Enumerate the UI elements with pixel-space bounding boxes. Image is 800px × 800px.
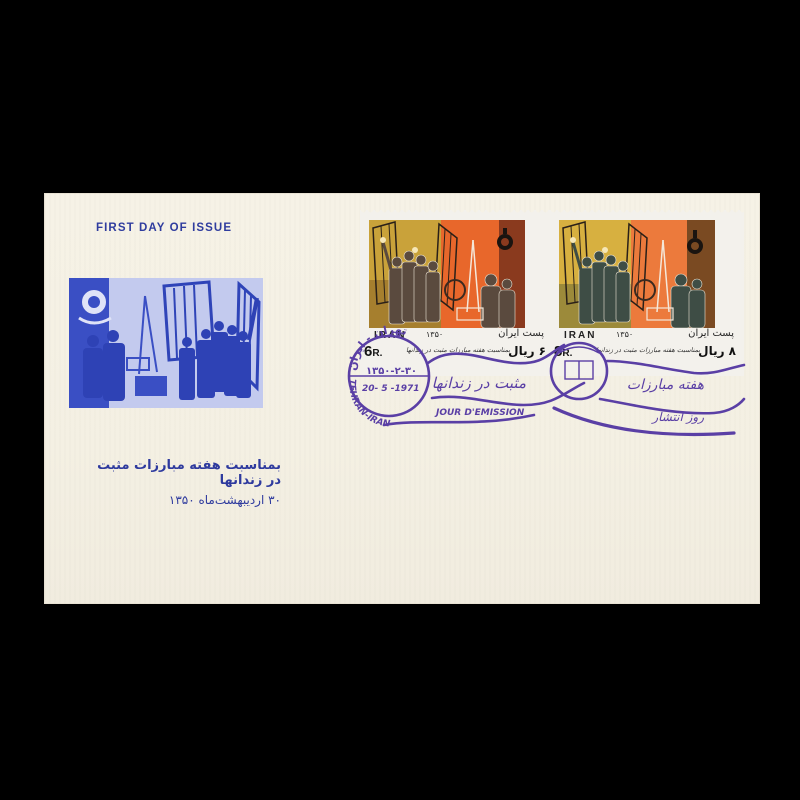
stamp-artwork [369,220,525,328]
prison-gate-illustration [69,278,263,408]
stamp-value-unit: R. [562,348,572,359]
stamp-country: IRAN [374,330,406,341]
stamp-year: ۱۳۵۰ [616,330,633,339]
stamp-artwork [559,220,715,328]
postmark-city: TEHRAN-IRAN [346,379,391,430]
stamp-year: ۱۳۵۰ [426,330,443,339]
stamp-prisoners-illustration [369,220,525,328]
postmark-slogan-fa-2: هفته مبارزات [627,377,705,393]
stamp-value-fa: ۸ ریال [698,344,736,358]
stamp-post-label: پست ایران [498,328,544,339]
stamp-post-label: پست ایران [688,328,734,339]
persian-caption-line-2: ۳۰ اردیبهشت‌ماه ۱۳۵۰ [129,493,281,507]
stamp-value-unit: R. [372,348,382,359]
persian-caption-line-1: بمناسبت هفته مبارزات مثبت در زندانها [85,458,281,488]
stamp-legend: بمناسبت هفته مبارزات مثبت در زندانها [406,346,510,354]
cachet-illustration [69,278,263,408]
stamp-6-rial: IRAN ۱۳۵۰ پست ایران 6R. بمناسبت هفته مبا… [360,210,554,376]
first-day-of-issue-title: FIRST DAY OF ISSUE [96,222,232,234]
stamp-value: 8R. [554,343,572,360]
stamp-country: IRAN [564,330,596,341]
postmark-date: 20- 5 -1971 [362,384,420,394]
stamp-value-fa: ۶ ریال [508,344,546,358]
stamp-8-rial: IRAN ۱۳۵۰ پست ایران 8R. بمناسبت هفته مبا… [550,210,744,376]
postmark-caption: JOUR D'EMISSION [434,408,525,418]
first-day-cover-envelope: FIRST DAY OF ISSUE [44,193,760,604]
postmark-slogan-fa-1: مثبت در زندانها [432,374,526,392]
postmark-caption-fa: روز انتشار [650,410,704,424]
stamp-legend: بمناسبت هفته مبارزات مثبت در زندانها [596,346,700,354]
stamp-value: 6R. [364,343,382,360]
stamp-prisoners-illustration [559,220,715,328]
